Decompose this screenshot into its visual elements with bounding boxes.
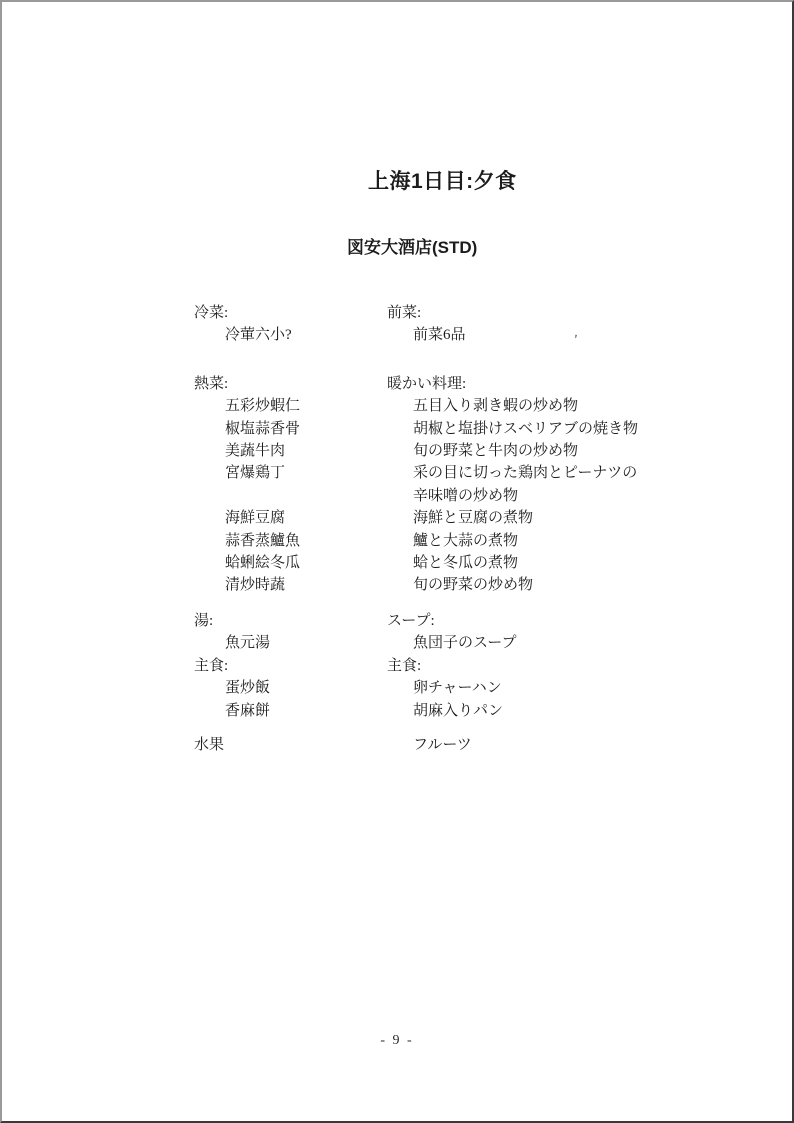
dish-desc-jp: 卵チャーハン (387, 677, 674, 699)
dish-desc-line: 鱸と大蒜の煮物 (413, 530, 674, 552)
menu-item-row: 香麻餅胡麻入りパン (194, 700, 674, 722)
section-heading-cn: 水果 (194, 734, 387, 756)
section-heading-jp: スープ: (387, 610, 674, 632)
menu-section: 湯:スープ:魚元湯魚団子のスープ (194, 610, 674, 655)
dish-desc-line: 五目入り剥き蝦の炒め物 (413, 395, 674, 417)
dish-name-cn: 美蔬牛肉 (194, 440, 387, 462)
restaurant-name: 図安大酒店(STD) (347, 233, 477, 258)
page-title: 上海1日目:夕食 (368, 165, 517, 195)
dish-name-cn: 魚元湯 (194, 632, 387, 654)
menu-item-row: 宮爆鶏丁采の目に切った鶏肉とピーナツの辛味噌の炒め物 (194, 462, 674, 507)
dish-name-cn: 海鮮豆腐 (194, 507, 387, 529)
scanned-menu-page: 上海1日目:夕食 図安大酒店(STD) 冷菜:前菜:冷葷六小?前菜6品熱菜:暖か… (0, 0, 794, 1123)
dish-desc-line: 胡椒と塩掛けスベリアブの焼き物 (413, 418, 674, 440)
menu-item-row: 魚元湯魚団子のスープ (194, 632, 674, 654)
dish-desc-line: 旬の野菜と牛肉の炒め物 (413, 440, 674, 462)
dish-name-cn: 香麻餅 (194, 700, 387, 722)
dish-desc-jp: 旬の野菜と牛肉の炒め物 (387, 440, 674, 462)
dish-name-cn: 清炒時蔬 (194, 574, 387, 596)
section-heading-cn: 主食: (194, 655, 387, 677)
section-heading-cn: 熱菜: (194, 373, 387, 395)
dish-desc-jp: 胡麻入りパン (387, 700, 674, 722)
menu-item-row: 冷葷六小?前菜6品 (194, 324, 674, 346)
menu-body: 冷菜:前菜:冷葷六小?前菜6品熱菜:暖かい料理:五彩炒蝦仁五目入り剥き蝦の炒め物… (194, 302, 674, 756)
dish-name-cn: 宮爆鶏丁 (194, 462, 387, 484)
section-heading-cn: 冷菜: (194, 302, 387, 324)
dish-desc-jp: 蛤と冬瓜の煮物 (387, 552, 674, 574)
menu-item-row: 椒塩蒜香骨胡椒と塩掛けスベリアブの焼き物 (194, 418, 674, 440)
dish-desc-line: 海鮮と豆腐の煮物 (413, 507, 674, 529)
section-heading-cn: 湯: (194, 610, 387, 632)
menu-item-row: 蒜香蒸鱸魚鱸と大蒜の煮物 (194, 530, 674, 552)
dish-desc-jp: 前菜6品 (387, 324, 674, 346)
dish-desc-jp: 五目入り剥き蝦の炒め物 (387, 395, 674, 417)
dish-name-cn: 蛤蜊絵冬瓜 (194, 552, 387, 574)
dish-desc-jp: 采の目に切った鶏肉とピーナツの辛味噌の炒め物 (387, 462, 674, 507)
menu-item-row: 清炒時蔬旬の野菜の炒め物 (194, 574, 674, 596)
menu-header-row: 熱菜:暖かい料理: (194, 373, 674, 395)
dish-name-cn: 蛋炒飯 (194, 677, 387, 699)
dish-desc-line: 采の目に切った鶏肉とピーナツの (413, 462, 674, 484)
menu-header-row: 冷菜:前菜: (194, 302, 674, 324)
dish-desc-line: 辛味噌の炒め物 (413, 485, 674, 507)
menu-header-row: 主食:主食: (194, 655, 674, 677)
section-heading-jp: 暖かい料理: (387, 373, 674, 395)
page-number: - 9 - (2, 1033, 792, 1049)
dish-desc-line: 蛤と冬瓜の煮物 (413, 552, 674, 574)
dish-desc-line: 旬の野菜の炒め物 (413, 574, 674, 596)
dish-desc-line: 魚団子のスープ (413, 632, 674, 654)
menu-section: 冷菜:前菜:冷葷六小?前菜6品 (194, 302, 674, 347)
dish-desc-jp: 海鮮と豆腐の煮物 (387, 507, 674, 529)
menu-section: 主食:主食:蛋炒飯卵チャーハン香麻餅胡麻入りパン (194, 655, 674, 722)
menu-header-row: 湯:スープ: (194, 610, 674, 632)
dish-desc-jp: 胡椒と塩掛けスベリアブの焼き物 (387, 418, 674, 440)
menu-item-row: 美蔬牛肉旬の野菜と牛肉の炒め物 (194, 440, 674, 462)
dish-name-cn: 椒塩蒜香骨 (194, 418, 387, 440)
section-heading-jp: 前菜: (387, 302, 674, 324)
menu-header-row: 水果フルーツ (194, 734, 674, 756)
dish-desc-jp: フルーツ (387, 734, 674, 756)
menu-item-row: 蛋炒飯卵チャーハン (194, 677, 674, 699)
section-heading-jp: 主食: (387, 655, 674, 677)
menu-item-row: 五彩炒蝦仁五目入り剥き蝦の炒め物 (194, 395, 674, 417)
menu-section: 熱菜:暖かい料理:五彩炒蝦仁五目入り剥き蝦の炒め物椒塩蒜香骨胡椒と塩掛けスベリア… (194, 373, 674, 597)
dish-desc-line: 卵チャーハン (413, 677, 674, 699)
dish-name-cn: 蒜香蒸鱸魚 (194, 530, 387, 552)
menu-section: 水果フルーツ (194, 734, 674, 756)
dish-desc-jp: 魚団子のスープ (387, 632, 674, 654)
dish-desc-jp: 旬の野菜の炒め物 (387, 574, 674, 596)
menu-item-row: 海鮮豆腐海鮮と豆腐の煮物 (194, 507, 674, 529)
menu-item-row: 蛤蜊絵冬瓜蛤と冬瓜の煮物 (194, 552, 674, 574)
dish-desc-jp: 鱸と大蒜の煮物 (387, 530, 674, 552)
dish-name-cn: 五彩炒蝦仁 (194, 395, 387, 417)
dish-name-cn: 冷葷六小? (194, 324, 387, 346)
dish-desc-line: 胡麻入りパン (413, 700, 674, 722)
dish-desc-line: 前菜6品 (413, 324, 674, 346)
